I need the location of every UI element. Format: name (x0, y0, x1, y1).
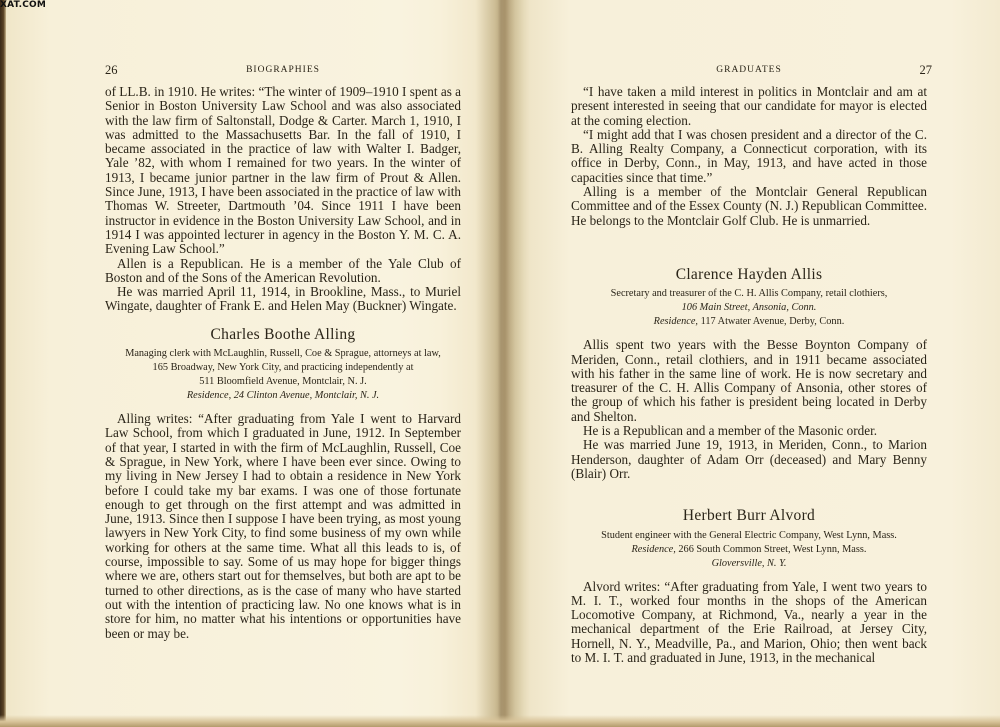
running-head: GRADUATES 27 (571, 63, 927, 77)
paragraph: He was married April 11, 1914, in Brookl… (105, 285, 461, 314)
page-number: 27 (920, 63, 933, 78)
paragraph: He was married June 19, 1913, in Meriden… (571, 438, 927, 481)
page-body: of LL.B. in 1910. He writes: “The winter… (105, 85, 461, 641)
paragraph: “I might add that I was chosen president… (571, 128, 927, 185)
entry-permanent-address: Gloversville, N. Y. (571, 557, 927, 571)
book-cover-edge (0, 0, 6, 727)
entry-occupation: 511 Bloomfield Avenue, Montclair, N. J. (105, 375, 461, 389)
running-head: 26 BIOGRAPHIES (105, 63, 461, 77)
paragraph: Alvord writes: “After graduating from Ya… (571, 580, 927, 666)
entry-name: Charles Boothe Alling (105, 328, 461, 342)
residence-label: Residence, (654, 316, 698, 327)
paragraph: Allis spent two years with the Besse Boy… (571, 338, 927, 424)
paragraph: of LL.B. in 1910. He writes: “The winter… (105, 85, 461, 257)
entry-business-address: 106 Main Street, Ansonia, Conn. (571, 301, 927, 315)
entry-residence: Residence, 24 Clinton Avenue, Montclair,… (105, 389, 461, 403)
paragraph: Allen is a Republican. He is a member of… (105, 257, 461, 286)
residence-address: 266 South Common Street, West Lynn, Mass… (678, 544, 866, 555)
paragraph: He is a Republican and a member of the M… (571, 424, 927, 438)
paragraph: Alling is a member of the Montclair Gene… (571, 185, 927, 228)
page-bottom-edge (0, 715, 1000, 727)
book-gutter (476, 0, 524, 727)
running-head-title: BIOGRAPHIES (105, 65, 461, 75)
entry-occupation: Managing clerk with McLaughlin, Russell,… (105, 347, 461, 361)
entry-occupation: 165 Broadway, New York City, and practic… (105, 361, 461, 375)
entry-occupation: Student engineer with the General Electr… (571, 529, 927, 543)
entry-residence: Residence, 117 Atwater Avenue, Derby, Co… (571, 315, 927, 329)
paragraph: “I have taken a mild interest in politic… (571, 85, 927, 128)
running-head-title: GRADUATES (571, 65, 927, 75)
paragraph: Alling writes: “After graduating from Ya… (105, 412, 461, 641)
residence-label: Residence, (632, 544, 676, 555)
entry-name: Herbert Burr Alvord (571, 509, 927, 523)
page-body: “I have taken a mild interest in politic… (571, 85, 927, 665)
residence-address: 117 Atwater Avenue, Derby, Conn. (701, 316, 845, 327)
left-page: 26 BIOGRAPHIES of LL.B. in 1910. He writ… (105, 0, 461, 641)
watermark: XAT.COM (0, 0, 46, 10)
right-page: GRADUATES 27 “I have taken a mild intere… (571, 0, 927, 665)
entry-residence: Residence, 266 South Common Street, West… (571, 543, 927, 557)
entry-occupation: Secretary and treasurer of the C. H. All… (571, 287, 927, 301)
entry-name: Clarence Hayden Allis (571, 268, 927, 282)
